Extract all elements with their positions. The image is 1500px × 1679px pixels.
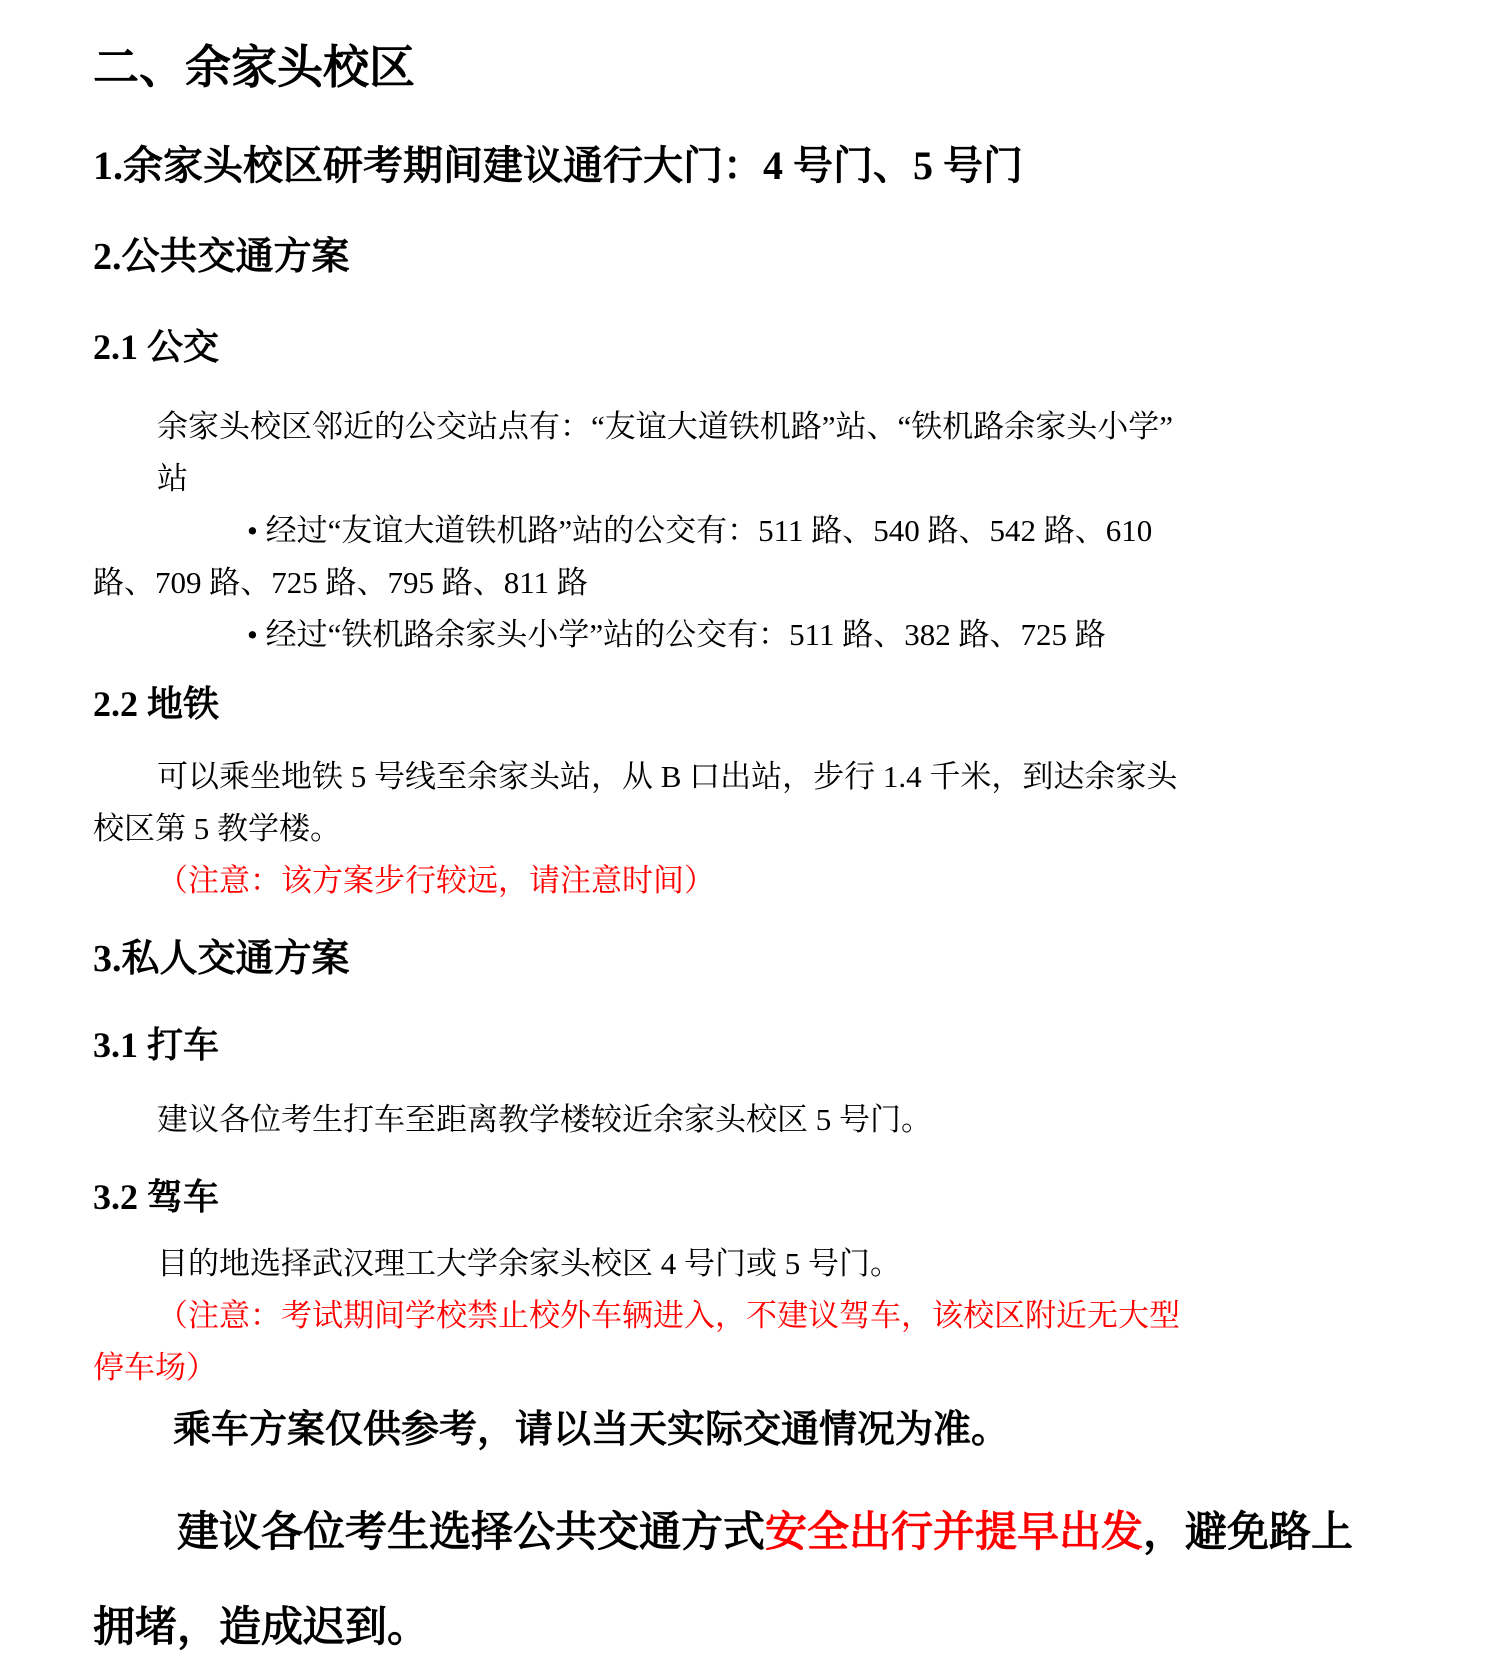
- metro-line-2: 校区第 5 教学楼。: [93, 803, 1412, 855]
- campus-title: 二、余家头校区: [93, 42, 1412, 95]
- taxi-section-heading: 3.1 打车: [93, 1022, 1412, 1068]
- safety-highlight: 安全出行并提早出发: [765, 1510, 1143, 1556]
- bus-route-bullet-1-line-1: • 经过“友谊大道铁机路”站的公交有：511 路、540 路、542 路、610: [93, 505, 1412, 557]
- final-advice-prefix: 建议各位考生选择公共交通方式: [177, 1510, 765, 1556]
- reference-disclaimer: 乘车方案仅供参考，请以当天实际交通情况为准。: [93, 1406, 1412, 1455]
- drive-section-heading: 3.2 驾车: [93, 1174, 1412, 1220]
- document-page: 二、余家头校区 1.余家头校区研考期间建议通行大门：4 号门、5 号门 2.公共…: [0, 0, 1500, 1679]
- metro-paragraph: 可以乘坐地铁 5 号线至余家头站，从 B 口出站，步行 1.4 千米，到达余家头…: [93, 751, 1412, 855]
- bus-route-bullet-1: • 经过“友谊大道铁机路”站的公交有：511 路、540 路、542 路、610…: [93, 505, 1412, 609]
- taxi-paragraph: 建议各位考生打车至距离教学楼较近余家头校区 5 号门。: [93, 1094, 1412, 1146]
- bus-section-heading: 2.1 公交: [93, 324, 1412, 370]
- metro-section-heading: 2.2 地铁: [93, 681, 1412, 727]
- drive-warning-line-2: 停车场）: [93, 1342, 1412, 1394]
- metro-line-1: 可以乘坐地铁 5 号线至余家头站，从 B 口出站，步行 1.4 千米，到达余家头: [93, 751, 1412, 803]
- bus-intro-paragraph: 余家头校区邻近的公交站点有：“友谊大道铁机路”站、“铁机路余家头小学” 站: [93, 401, 1412, 505]
- bus-route-bullet-1-line-2: 路、709 路、725 路、795 路、811 路: [93, 557, 1412, 609]
- bus-intro-line-2: 站: [157, 453, 1412, 505]
- private-transport-heading: 3.私人交通方案: [93, 937, 1412, 983]
- bus-route-bullet-2: • 经过“铁机路余家头小学”站的公交有：511 路、382 路、725 路: [93, 609, 1412, 661]
- metro-warning-note: （注意：该方案步行较远，请注意时间）: [93, 855, 1412, 907]
- final-advice-suffix: ，避免路上: [1143, 1510, 1353, 1556]
- bus-intro-line-1: 余家头校区邻近的公交站点有：“友谊大道铁机路”站、“铁机路余家头小学”: [157, 401, 1412, 453]
- drive-warning-note: （注意：考试期间学校禁止校外车辆进入，不建议驾车，该校区附近无大型 停车场）: [93, 1290, 1412, 1394]
- drive-warning-line-1: （注意：考试期间学校禁止校外车辆进入，不建议驾车，该校区附近无大型: [93, 1290, 1412, 1342]
- gate-recommendation-heading: 1.余家头校区研考期间建议通行大门：4 号门、5 号门: [93, 142, 1412, 190]
- final-advice-line-2: 拥堵，造成迟到。: [93, 1581, 1412, 1676]
- drive-paragraph: 目的地选择武汉理工大学余家头校区 4 号门或 5 号门。: [93, 1238, 1412, 1290]
- public-transport-heading: 2.公共交通方案: [93, 235, 1412, 281]
- final-advice: 建议各位考生选择公共交通方式安全出行并提早出发，避免路上 拥堵，造成迟到。: [93, 1486, 1412, 1676]
